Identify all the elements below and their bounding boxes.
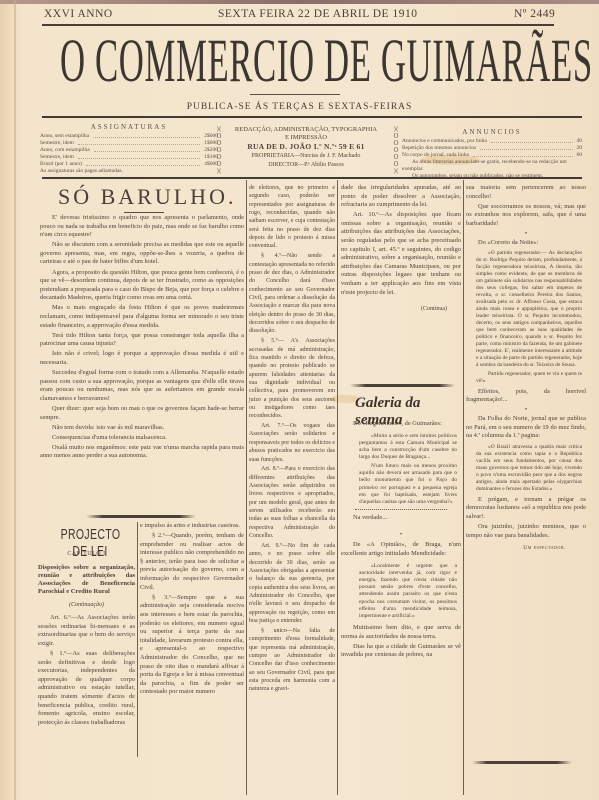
- paragraph: Art. 10.º—As disposições que ficam omiss…: [341, 211, 461, 297]
- paragraph: Mas o mais engraçado da festa Hilton é q…: [40, 304, 244, 330]
- paragraph: Não tem duvida: isto vae ás mil maravilh…: [40, 424, 244, 433]
- paragraph: dade das irregularidades apuradas, até a…: [341, 184, 461, 210]
- office-address: RUA DE D. JOÃO I.º N.ºˢ 59 E 61: [226, 142, 386, 152]
- projecto-col-2: e impulso ás artes e industrias caseiras…: [140, 522, 244, 698]
- paragraph: Art. 6.º—As Associações terão sessões or…: [38, 614, 135, 648]
- ornament-divider: )(OOOOO)(: [393, 126, 399, 175]
- headline-so-barulho: SÓ BARULHO.: [58, 184, 258, 210]
- headline-rule: [124, 212, 164, 213]
- paragraph: de eleitores, que no primeiro e segundo …: [249, 184, 335, 251]
- article-so-barulho: E' deveras tristissimo o quadro que nos …: [40, 214, 244, 463]
- subscription-row: Brazil (por 1 anno)4$000: [40, 161, 218, 168]
- quote-block: «O partido regenerador.— As declarações …: [466, 250, 586, 385]
- quote-paragraph: «Localmente é urgente que a auctoridade …: [359, 563, 457, 621]
- column-rule: [337, 180, 338, 795]
- subscription-row: Semestre, idem1$100: [40, 154, 218, 161]
- page-top-edge: [0, 0, 599, 4]
- ads-heading: ANNUNCIOS: [402, 128, 582, 136]
- paragraph: Effeitos, pois, da horrivel fragmentação…: [466, 388, 586, 405]
- paragraph: Que soccorramos os nossos, vá; mas que o…: [466, 203, 586, 229]
- paragraph: Art. 9.º—No fim de cada anno, e no praso…: [249, 542, 335, 625]
- chapter-label: CAPITULO I: [38, 550, 135, 559]
- year-label: XXVI ANNO: [44, 8, 113, 20]
- paragraph: Dias ha que a cidade de Guimarães se vê …: [341, 643, 461, 660]
- quote-block: «O Brazil atravessa a quadra mais critic…: [466, 444, 586, 493]
- paragraph: Na verdade...: [341, 514, 461, 523]
- subscription-row: Anno, sem estampilha2$000: [40, 133, 218, 140]
- column-six: sua maioria sem pertencerem ao nosso con…: [466, 184, 586, 553]
- office-owner: PROPRIETARIA—Nœcias de J. F. Machado: [226, 152, 386, 161]
- newspaper-page: XXVI ANNO SEXTA FEIRA 22 DE ABRIL DE 191…: [0, 0, 599, 800]
- paragraph: Quer dizer: quer seja bom ou mau o que o…: [40, 405, 244, 422]
- paragraph: e impulso ás artes e industrias caseiras…: [140, 522, 244, 531]
- office-info: REDACÇÃO, ADMINISTRAÇÃO, TYPOGRAPHIA E I…: [226, 126, 386, 170]
- column-rule: [137, 522, 138, 757]
- bullet-separator: •: [341, 531, 461, 540]
- subscription-row: Semestre, idem1$000: [40, 140, 218, 147]
- paragraph: Da Folha do Norte, jornal que se publica…: [466, 415, 586, 441]
- paragraph: E prégam, e tornam a prégar os democrata…: [466, 496, 586, 522]
- section-ornament: [350, 384, 455, 387]
- binding-gutter: [14, 0, 16, 800]
- ornament-divider: )(OOOOO)(: [216, 126, 222, 175]
- subscription-note: As assignaturas são pagas adiantadas.: [40, 168, 218, 175]
- header-bottom-rule: [42, 177, 582, 179]
- section-ornament: [86, 515, 196, 518]
- bullet-separator: •: [466, 406, 586, 415]
- signature: Um espectador.: [466, 544, 586, 553]
- office-director: DIRECTOR—P.ᵉ Abilio Passos: [226, 161, 386, 170]
- paragraph: Succedeu d'egual forma com o tratado com…: [40, 369, 244, 403]
- projecto-col-1: CAPITULO I Disposições sobre a organizaç…: [38, 550, 135, 729]
- date-label: SEXTA FEIRA 22 DE ABRIL DE 1910: [218, 8, 417, 20]
- quote-paragraph: «O partido regenerador.— As declarações …: [476, 250, 582, 369]
- paragraph: § 1.º—As suas deliberações serão definit…: [38, 650, 135, 727]
- paragraph: E' deveras tristissimo o quadro que nos …: [40, 214, 244, 240]
- ads-row: Repetição dos mesmos annuncios20: [402, 145, 582, 152]
- paragraph: Ora juizinho, juizinho meninos, que o te…: [466, 523, 586, 540]
- paragraph: De «A Opinião», de Braga, n'um excellent…: [341, 541, 461, 558]
- paragraph: Do «Correio da Noite»:: [466, 239, 586, 248]
- column-rule: [463, 180, 464, 795]
- subscriptions-box: ASSIGNATURAS Anno, sem estampilha2$000 S…: [40, 123, 218, 175]
- paragraph: Não se discutem com a serenidade precisa…: [40, 241, 244, 267]
- continuation-label: (Continuação): [38, 601, 135, 610]
- paragraph: Consequencias d'uma tolerancia malsacenc…: [40, 434, 244, 443]
- paragraph: Art. 7.º—Os vogaes das Associações serão…: [249, 422, 335, 464]
- paragraph: § 2.º—Quando, porém, tenham de emprehend…: [140, 532, 244, 592]
- ads-row: No corpo do jornal, cada linha60: [402, 152, 582, 159]
- paragraph: § 4.º—Não sendo a contestação apresentad…: [249, 252, 335, 335]
- paragraph: Oxalá muito nos enganêmos: este paiz vae…: [40, 444, 244, 461]
- paragraph: Muitissimo bem dito, e que serva de norm…: [341, 624, 461, 641]
- column-rule: [246, 180, 247, 795]
- paragraph: § 5.º— A's Associações accusadas de má a…: [249, 337, 335, 420]
- ads-note: As obras litterarias annunciam-se gratis…: [402, 159, 582, 173]
- continua-label: (Continua): [341, 305, 461, 314]
- ads-box: ANNUNCIOS Annuncios e communicados, por …: [402, 128, 582, 180]
- projecto-col-3: de eleitores, que no primeiro e segundo …: [249, 184, 335, 695]
- dotted-separator: [355, 509, 447, 510]
- quote-block: «Muito a sério e sem intuitos politicos …: [341, 433, 461, 507]
- paragraph: sua maioria sem pertencerem ao nosso con…: [466, 184, 586, 201]
- quote-paragraph: «O Brazil atravessa a quadra mais critic…: [476, 444, 582, 493]
- subscriptions-heading: ASSIGNATURAS: [40, 123, 218, 131]
- quote-paragraph: «Muito a sério e sem intuitos politicos …: [359, 433, 457, 462]
- issue-number: Nº 2449: [514, 8, 555, 20]
- paragraph: Art. 8.º—Para o exercicio das differente…: [249, 465, 335, 540]
- paragraph: Agora, a proposito da questão Hilton, qu…: [40, 269, 244, 303]
- subscription-row: Anno, com estampilha2$200: [40, 147, 218, 154]
- bullet-separator: •: [466, 230, 586, 239]
- header-rule: [42, 116, 582, 118]
- paragraph: § 3.º—Sempre que a sua administração sej…: [140, 594, 244, 697]
- paragraph: Terá tido Hilton tanta força, que possa …: [40, 332, 244, 349]
- title-rule: [250, 94, 340, 95]
- publication-schedule: PUBLICA-SE ÁS TERÇAS E SEXTAS-FEIRAS: [0, 102, 599, 112]
- section-ornament: [472, 761, 572, 764]
- ads-row: Annuncios e communicados, por linha40: [402, 138, 582, 145]
- office-line: E IMPRESSÃO: [226, 134, 386, 142]
- paragraph: Isto não é crivel; logo é porque a appro…: [40, 350, 244, 367]
- newspaper-title: O COMMERCIO DE GUIMARÃES: [60, 27, 531, 95]
- projecto-col-4: dade das irregularidades apuradas, até a…: [341, 184, 461, 314]
- galeria-column: Do «Regenerador», de Guimarães: «Muito a…: [341, 420, 461, 662]
- quote-paragraph: Partido regenerador, quem te viu e quem …: [476, 371, 582, 385]
- masthead-rule: [42, 24, 554, 26]
- masthead-meta: XXVI ANNO SEXTA FEIRA 22 DE ABRIL DE 191…: [40, 6, 580, 24]
- projecto-subhead: Disposições sobre a organização, reunião…: [38, 564, 135, 596]
- quote-block: «Localmente é urgente que a auctoridade …: [341, 563, 461, 621]
- paragraph: Do «Regenerador», de Guimarães:: [341, 420, 461, 429]
- office-line: REDACÇÃO, ADMINISTRAÇÃO, TYPOGRAPHIA: [226, 126, 386, 134]
- quote-paragraph: N'um futuro mais ou menos proximo aquill…: [359, 463, 457, 506]
- paragraph: § unico—Na falta de cumprimento d'essa f…: [249, 627, 335, 694]
